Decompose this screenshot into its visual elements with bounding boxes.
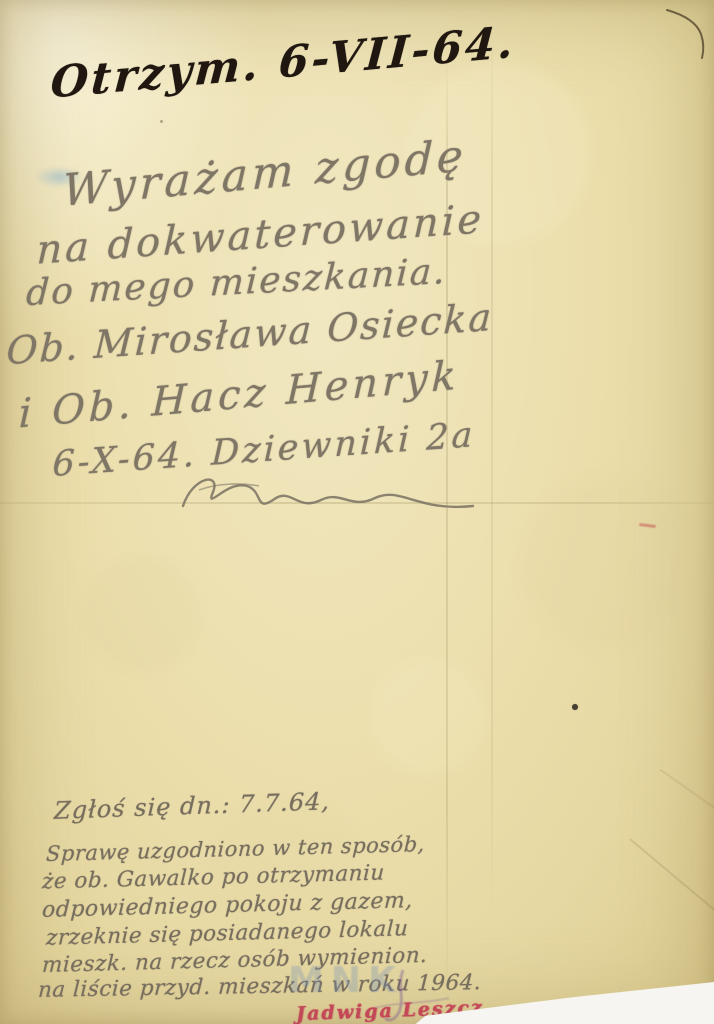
ink-speck bbox=[572, 704, 578, 710]
red-pencil-mark bbox=[639, 523, 656, 528]
fold-crease-vertical-2 bbox=[491, 20, 493, 920]
scan-background: Otrzym. 6-VII-64. Wyrażam zgodę na dokwa… bbox=[0, 0, 714, 1024]
reply-line-1: Zgłoś się dn.: 7.7.64, bbox=[54, 787, 331, 825]
ink-date-heading: Otrzym. 6-VII-64. bbox=[49, 17, 517, 108]
paper-sheet: Otrzym. 6-VII-64. Wyrażam zgodę na dokwa… bbox=[0, 0, 714, 1024]
fold-crease-diagonal-2 bbox=[660, 769, 714, 833]
fold-crease-diagonal-1 bbox=[630, 838, 714, 923]
paper-speck bbox=[160, 120, 163, 123]
signature-scrawl bbox=[155, 460, 485, 540]
tear-crease-top-right bbox=[655, 0, 714, 70]
